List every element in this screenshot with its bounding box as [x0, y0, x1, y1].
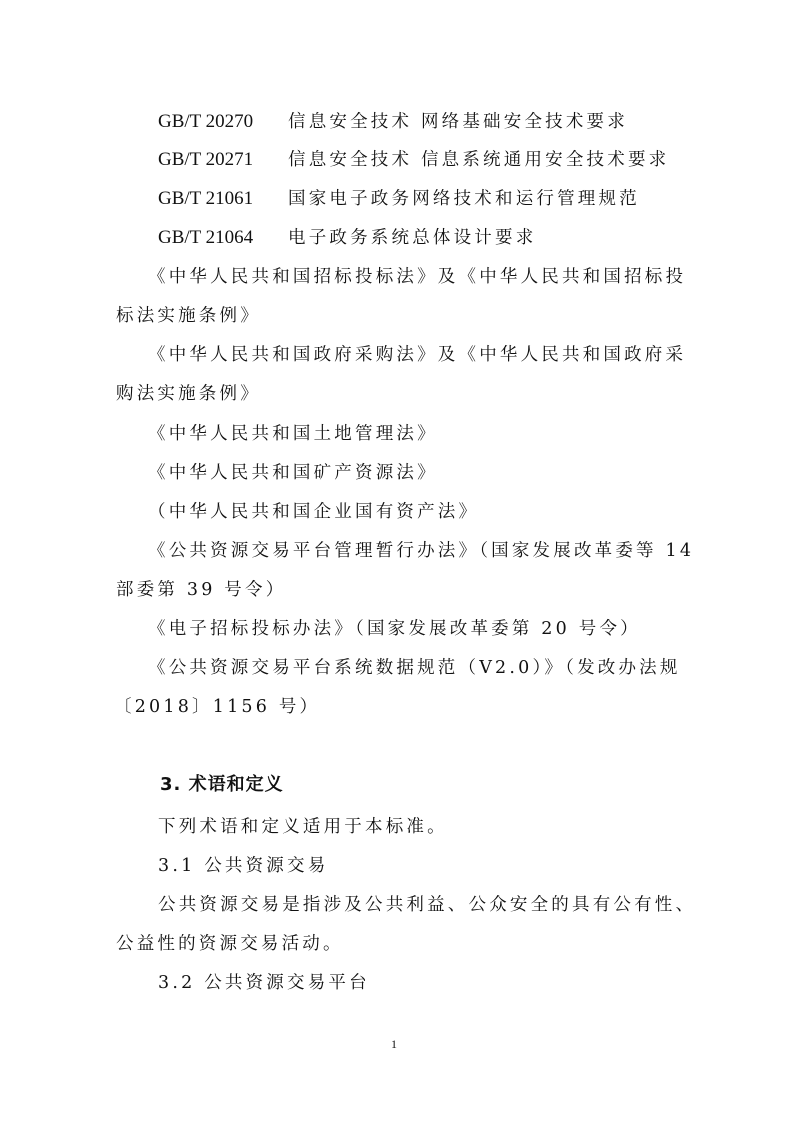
- law-item-line: 《中华人民共和国招标投标法》及《中华人民共和国招标投: [148, 265, 708, 289]
- reference-title: 电子政务系统总体设计要求: [288, 228, 536, 248]
- law-item-line: 《电子招标投标办法》（国家发展改革委第 20 号令）: [148, 617, 708, 641]
- reference-code: GB/T 20270: [158, 110, 288, 134]
- law-item-line: 〔2018〕1156 号）: [114, 695, 674, 719]
- law-item-line: 《公共资源交易平台管理暂行办法》（国家发展改革委等 14: [148, 539, 708, 563]
- reference-item: GB/T 20270信息安全技术 网络基础安全技术要求: [158, 110, 718, 134]
- reference-code: GB/T 21061: [158, 187, 288, 211]
- section-intro: 下列术语和定义适用于本标准。: [158, 815, 718, 839]
- reference-item: GB/T 21061国家电子政务网络技术和运行管理规范: [158, 187, 718, 211]
- law-item-line: 购法实施条例》: [116, 382, 676, 406]
- law-item-line: 部委第 39 号令）: [116, 578, 676, 602]
- law-item-line: （中华人民共和国企业国有资产法》: [148, 500, 708, 524]
- reference-code: GB/T 21064: [158, 226, 288, 250]
- reference-title: 信息安全技术 信息系统通用安全技术要求: [288, 150, 669, 170]
- paragraph-line: 公共资源交易是指涉及公共利益、公众安全的具有公有性、: [158, 893, 718, 917]
- reference-title: 国家电子政务网络技术和运行管理规范: [288, 189, 640, 209]
- reference-item: GB/T 21064电子政务系统总体设计要求: [158, 226, 718, 250]
- section-heading: 3. 术语和定义: [160, 773, 720, 797]
- subsection-title: 3.1 公共资源交易: [158, 854, 718, 878]
- paragraph-line: 公益性的资源交易活动。: [116, 932, 676, 956]
- law-item-line: 标法实施条例》: [116, 304, 676, 328]
- document-page: GB/T 20270信息安全技术 网络基础安全技术要求 GB/T 20271信息…: [0, 0, 793, 1122]
- reference-item: GB/T 20271信息安全技术 信息系统通用安全技术要求: [158, 148, 718, 172]
- law-item-line: 《中华人民共和国政府采购法》及《中华人民共和国政府采: [148, 343, 708, 367]
- law-item-line: 《公共资源交易平台系统数据规范（V2.0）》（发改办法规: [148, 656, 708, 680]
- law-item-line: 《中华人民共和国土地管理法》: [148, 422, 708, 446]
- law-item-line: 《中华人民共和国矿产资源法》: [148, 461, 708, 485]
- reference-code: GB/T 20271: [158, 148, 288, 172]
- reference-title: 信息安全技术 网络基础安全技术要求: [288, 112, 628, 132]
- page-number: 1: [391, 1037, 397, 1052]
- subsection-title: 3.2 公共资源交易平台: [158, 971, 718, 995]
